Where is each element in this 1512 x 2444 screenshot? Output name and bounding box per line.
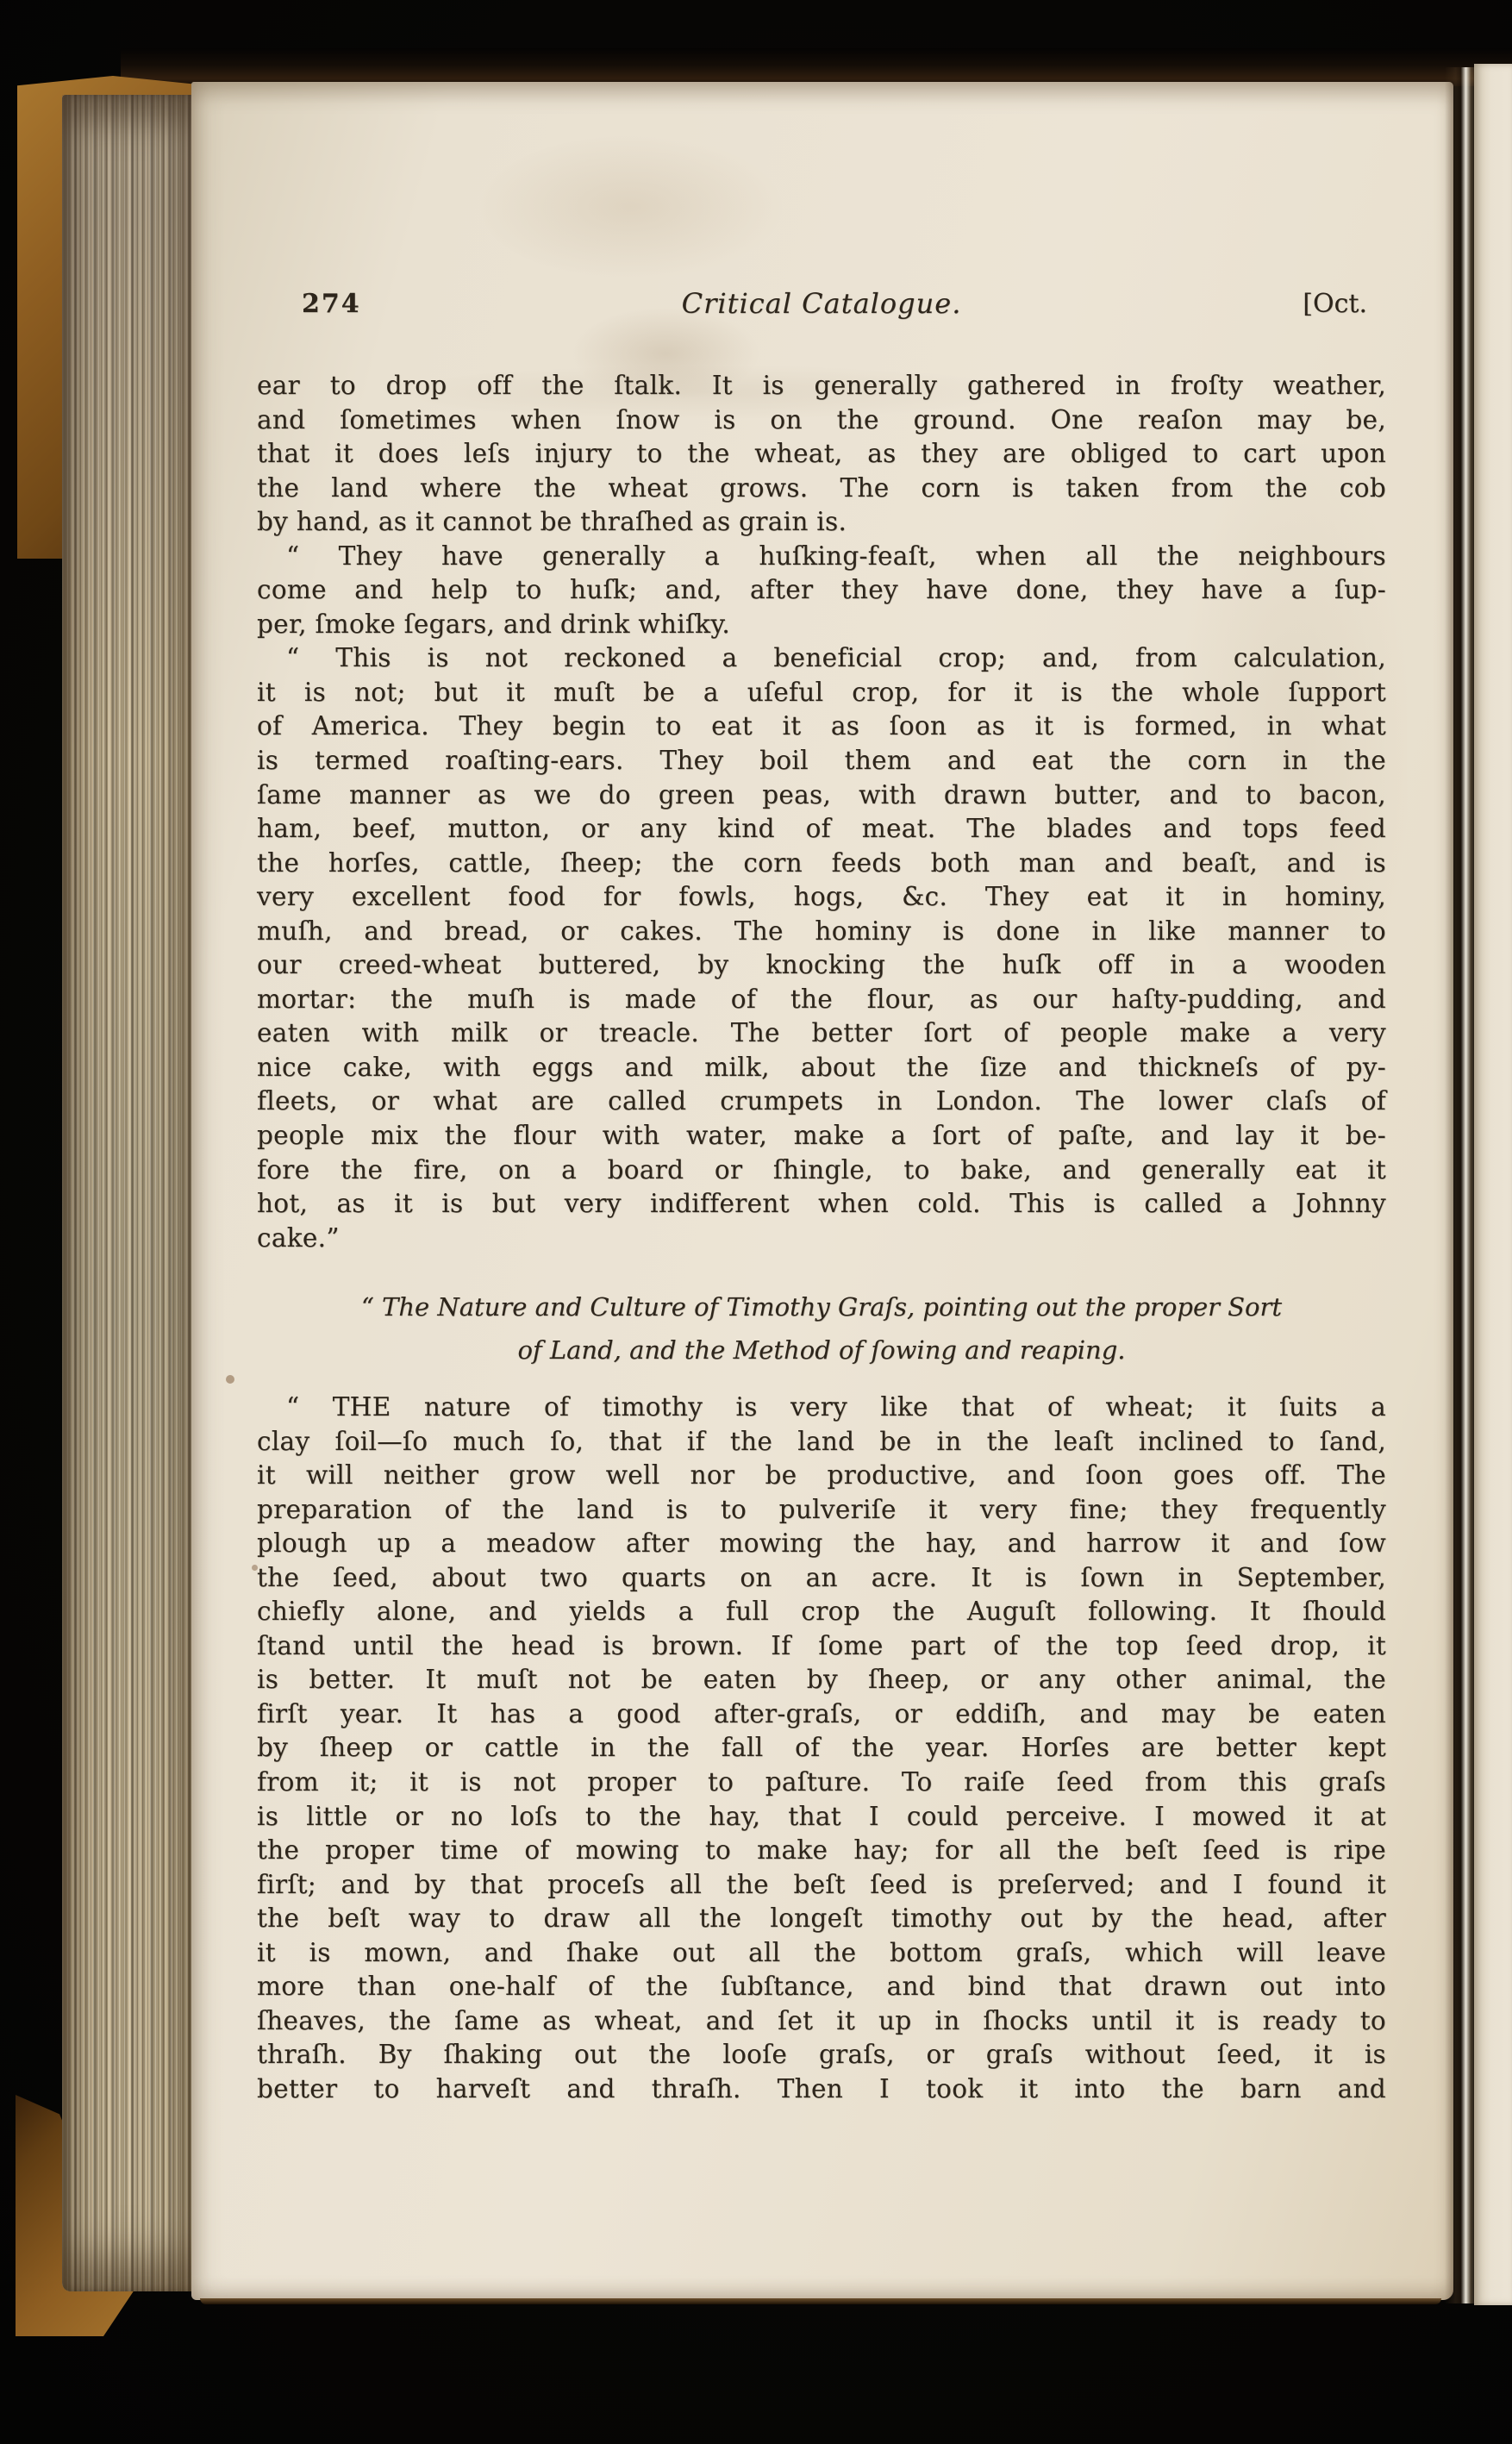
page-number: 274 bbox=[302, 289, 361, 319]
text-line: better to harveſt and thraſh. Then I too… bbox=[257, 2072, 1386, 2107]
text-line: muſh, and bread, or cakes. The hominy is… bbox=[257, 915, 1386, 949]
text-line: fleets, or what are called crumpets in L… bbox=[257, 1084, 1386, 1119]
text-line: by hand, as it cannot be thraſhed as gra… bbox=[257, 505, 1386, 540]
text-line: ear to drop off the ſtalk. It is general… bbox=[257, 369, 1386, 403]
issue-month: [Oct. bbox=[1303, 289, 1367, 319]
book-top-edge bbox=[121, 48, 1512, 86]
facing-page-sliver bbox=[1474, 64, 1512, 2305]
text-line: chiefly alone, and yields a full crop th… bbox=[257, 1595, 1386, 1629]
text-line: firſt year. It has a good after-graſs, o… bbox=[257, 1697, 1386, 1732]
text-line: the horſes, cattle, ſheep; the corn feed… bbox=[257, 847, 1386, 881]
text-line: fore the fire, on a board or ſhingle, to… bbox=[257, 1153, 1386, 1188]
text-line: by ſheep or cattle in the fall of the ye… bbox=[257, 1731, 1386, 1766]
text-line: per, ſmoke ſegars, and drink whiſky. bbox=[257, 608, 1386, 642]
text-line: ſheaves, the ſame as wheat, and ſet it u… bbox=[257, 2004, 1386, 2039]
paper-stain bbox=[476, 134, 786, 280]
section-heading: “ The Nature and Culture of Timothy Graſ… bbox=[257, 1285, 1386, 1372]
text-line: our creed-wheat buttered, by knocking th… bbox=[257, 948, 1386, 983]
text-line: plough up a meadow after mowing the hay,… bbox=[257, 1527, 1386, 1561]
text-line: it is not; but it muſt be a uſeful crop,… bbox=[257, 676, 1386, 710]
book-page: 274 Critical Catalogue. [Oct. ear to dro… bbox=[191, 82, 1453, 2300]
text-line: ſame manner as we do green peas, with dr… bbox=[257, 778, 1386, 813]
text-line: thraſh. By ſhaking out the looſe graſs, … bbox=[257, 2038, 1386, 2072]
section-heading-line: of Land, and the Method of ſowing and re… bbox=[257, 1328, 1386, 1372]
text-line: nice cake, with eggs and milk, about the… bbox=[257, 1051, 1386, 1085]
text-line: clay ſoil—ſo much ſo, that if the land b… bbox=[257, 1425, 1386, 1460]
text-line: it will neither grow well nor be product… bbox=[257, 1459, 1386, 1493]
text-line: is little or no loſs to the hay, that I … bbox=[257, 1800, 1386, 1835]
text-line: hot, as it is but very indifferent when … bbox=[257, 1187, 1386, 1222]
text-line: ham, beef, mutton, or any kind of meat. … bbox=[257, 812, 1386, 847]
text-line: from it; it is not proper to paſture. To… bbox=[257, 1766, 1386, 1800]
text-line: more than one-half of the ſubſtance, and… bbox=[257, 1970, 1386, 2004]
body-text-block: ear to drop off the ſtalk. It is general… bbox=[257, 369, 1386, 1255]
text-line: that it does leſs injury to the wheat, a… bbox=[257, 437, 1386, 472]
text-line: “ They have generally a huſking-feaſt, w… bbox=[257, 540, 1386, 574]
text-line: the beſt way to draw all the longeſt tim… bbox=[257, 1902, 1386, 1936]
text-line: “ THE nature of timothy is very like tha… bbox=[257, 1391, 1386, 1425]
text-line: “ This is not reckoned a beneficial crop… bbox=[257, 641, 1386, 676]
text-line: is termed roaſting-ears. They boil them … bbox=[257, 744, 1386, 778]
running-header: 274 Critical Catalogue. [Oct. bbox=[257, 289, 1386, 328]
text-line: eaten with milk or treacle. The better ſ… bbox=[257, 1016, 1386, 1051]
text-line: ſtand until the head is brown. If ſome p… bbox=[257, 1629, 1386, 1664]
text-line: preparation of the land is to pulveriſe … bbox=[257, 1493, 1386, 1528]
running-title: Critical Catalogue. bbox=[682, 287, 962, 320]
fanned-page-edges bbox=[62, 95, 193, 2291]
text-line: come and help to huſk; and, after they h… bbox=[257, 573, 1386, 608]
text-line: cake.” bbox=[257, 1222, 1386, 1256]
section-heading-line: “ The Nature and Culture of Timothy Graſ… bbox=[257, 1285, 1386, 1328]
text-line: mortar: the muſh is made of the flour, a… bbox=[257, 983, 1386, 1017]
text-line: is better. It muſt not be eaten by ſheep… bbox=[257, 1663, 1386, 1697]
text-line: the ſeed, about two quarts on an acre. I… bbox=[257, 1561, 1386, 1596]
text-line: of America. They begin to eat it as ſoon… bbox=[257, 709, 1386, 744]
text-line: the proper time of mowing to make hay; f… bbox=[257, 1834, 1386, 1868]
gutter-crease bbox=[1445, 67, 1476, 2303]
text-line: the land where the wheat grows. The corn… bbox=[257, 472, 1386, 506]
text-line: very excellent food for fowls, hogs, &c.… bbox=[257, 880, 1386, 915]
text-line: and ſometimes when ſnow is on the ground… bbox=[257, 403, 1386, 438]
text-line: firſt; and by that proceſs all the beſt … bbox=[257, 1868, 1386, 1903]
book-photo-scene: 274 Critical Catalogue. [Oct. ear to dro… bbox=[0, 0, 1512, 2444]
text-line: it is mown, and ſhake out all the bottom… bbox=[257, 1936, 1386, 1971]
text-line: people mix the flour with water, make a … bbox=[257, 1119, 1386, 1153]
closing-text-block: “ THE nature of timothy is very like tha… bbox=[257, 1391, 1386, 2106]
paper-speck bbox=[226, 1375, 234, 1384]
